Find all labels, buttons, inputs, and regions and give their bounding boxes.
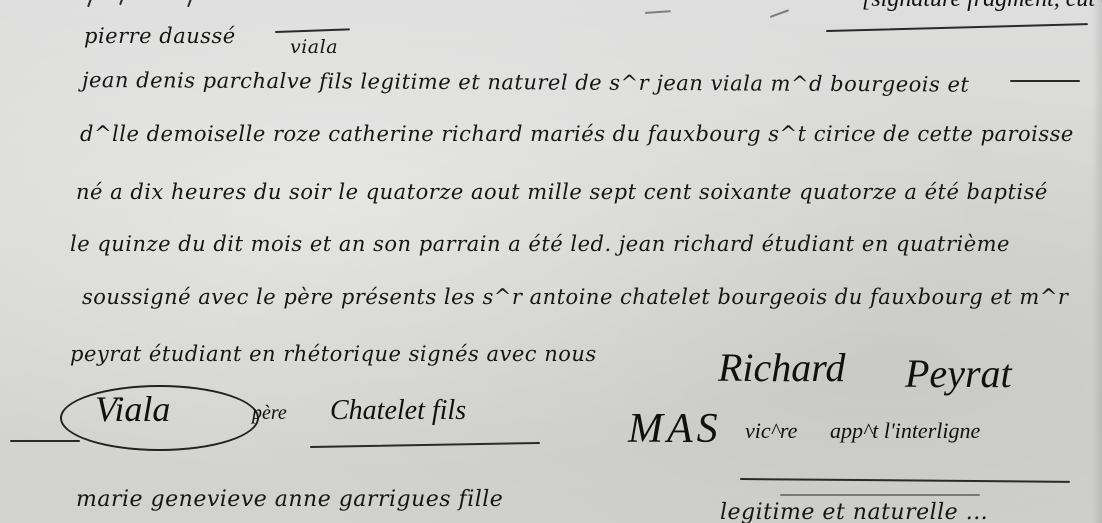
signature-underline (310, 442, 540, 448)
ink-stroke (187, 0, 194, 7)
signature-underline (826, 23, 1088, 32)
entry-line-2: d^lle demoiselle roze catherine richard … (80, 122, 1074, 146)
insertion-mark (275, 28, 350, 33)
signature-chatelet: Chatelet fils (330, 395, 466, 427)
signature-peyrat: Peyrat (905, 350, 1012, 397)
top-right-signature-fragment: [signature fragment, cut off] ...ine (862, 0, 1102, 13)
previous-entry-end: pierre daussé (84, 24, 236, 48)
entry-line-3: né a dix heures du soir le quatorze aout… (76, 180, 1048, 204)
signature-priest-title: vic^re (745, 418, 797, 444)
ink-stroke (119, 0, 125, 5)
ink-stroke (645, 10, 671, 14)
entry-line-5: soussigné avec le père présents les s^r … (82, 285, 1068, 309)
approval-underline (780, 494, 980, 496)
signature-paraph (10, 440, 80, 442)
entry-line-1: jean denis parchalve fils legitime et na… (82, 68, 970, 97)
entry-line-6: peyrat étudiant en rhétorique signés ave… (70, 342, 597, 366)
line-end-flourish (1010, 80, 1080, 82)
signature-viala: Viala (95, 388, 170, 430)
approval-underline (740, 478, 1070, 483)
ink-stroke (87, 0, 94, 7)
entry-line-4: le quinze du dit mois et an son parrain … (70, 232, 1010, 256)
register-page: [signature fragment, cut off] ...ine pie… (0, 0, 1102, 523)
next-entry-continuation: legitime et naturelle ... (720, 500, 988, 523)
ink-stroke (770, 9, 789, 18)
signature-viala-suffix: père (252, 402, 287, 425)
signature-priest: MAS (628, 405, 722, 453)
next-entry-line: marie genevieve anne garrigues fille (76, 487, 503, 512)
interlinear-insertion: viala (290, 36, 338, 58)
approval-note: app^t l'interligne (830, 418, 980, 444)
signature-richard: Richard (718, 344, 845, 391)
